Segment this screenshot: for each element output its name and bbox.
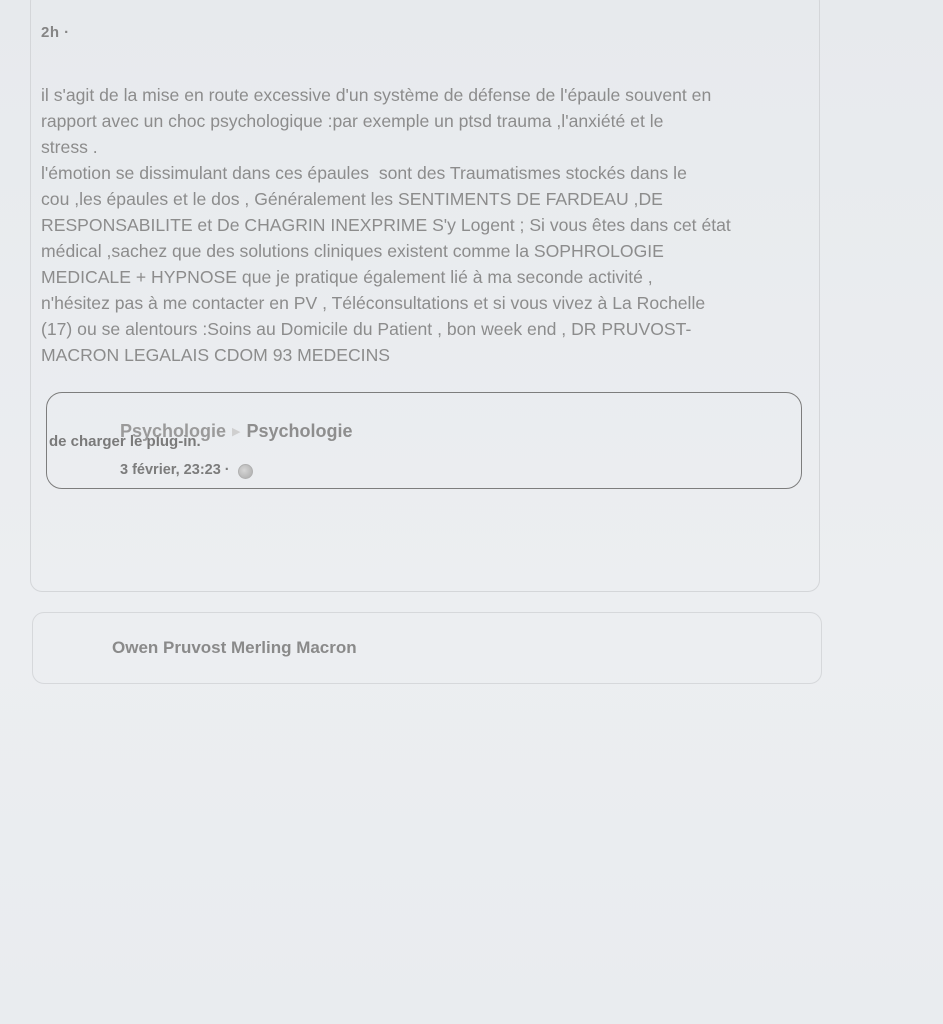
breadcrumb-group-link[interactable]: Psychologie — [120, 421, 226, 442]
globe-icon — [238, 464, 253, 479]
breadcrumb: Psychologie ▶ Psychologie — [120, 421, 353, 442]
caret-right-icon: ▶ — [232, 425, 240, 438]
shared-post-date[interactable]: 3 février, 23:23 · — [120, 462, 230, 478]
page: 2h · il s'agit de la mise en route exces… — [0, 0, 943, 1024]
post-timestamp[interactable]: 2h · — [41, 24, 70, 41]
post-body-text: il s'agit de la mise en route excessive … — [41, 82, 806, 368]
shared-post-meta: 3 février, 23:23 · — [120, 462, 253, 478]
breadcrumb-page-link[interactable]: Psychologie — [247, 421, 353, 442]
author-name-link[interactable]: Owen Pruvost Merling Macron — [112, 638, 357, 658]
